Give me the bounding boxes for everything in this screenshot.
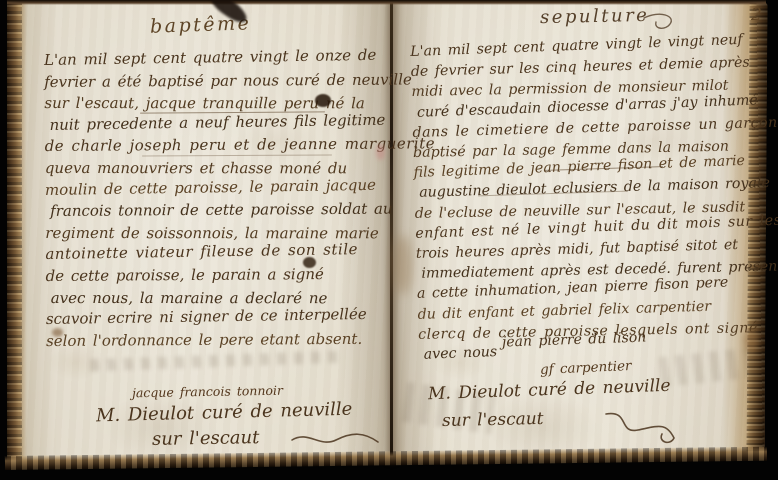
book-top-edge [7, 0, 766, 5]
manuscript-line: antoinette viateur fileuse de son stile [45, 239, 393, 266]
manuscript-line: selon l'ordonnance le pere etant absent. [46, 328, 394, 352]
signature-tonnoir: jacque francois tonnoir [132, 383, 283, 401]
signature-cure-left-2: sur l'escaut [152, 427, 260, 450]
page-number: 2 [751, 5, 762, 25]
right-page-title: sepulture [540, 5, 650, 28]
manuscript-line: L'an mil sept cent quatre vingt le onze … [44, 45, 392, 72]
manuscript-line: de cette paroisse, le parain a signé [46, 264, 394, 288]
manuscript-scan: baptême L'an mil sept cent quatre vingt … [0, 0, 778, 480]
pen-flourish [600, 408, 680, 448]
left-page-rough-edge [7, 2, 22, 464]
manuscript-line: scavoir ecrire ni signer de ce interpell… [46, 304, 394, 331]
pen-flourish [290, 428, 380, 450]
pen-flourish [640, 10, 680, 34]
manuscript-line: francois tonnoir de cette paroisse solda… [50, 199, 393, 223]
right-page-text: L'an mil sept cent quatre vingt le vingt… [410, 32, 767, 365]
left-page-title: baptême [150, 12, 252, 38]
manuscript-line: fevrier a été baptisé par nous curé de n… [44, 69, 392, 93]
left-page-text: L'an mil sept cent quatre vingt le onze … [44, 48, 394, 353]
signature-cure-right-2: sur l'escaut [442, 409, 544, 431]
manuscript-line: nuit precedente a neuf heures fils legit… [49, 109, 392, 136]
